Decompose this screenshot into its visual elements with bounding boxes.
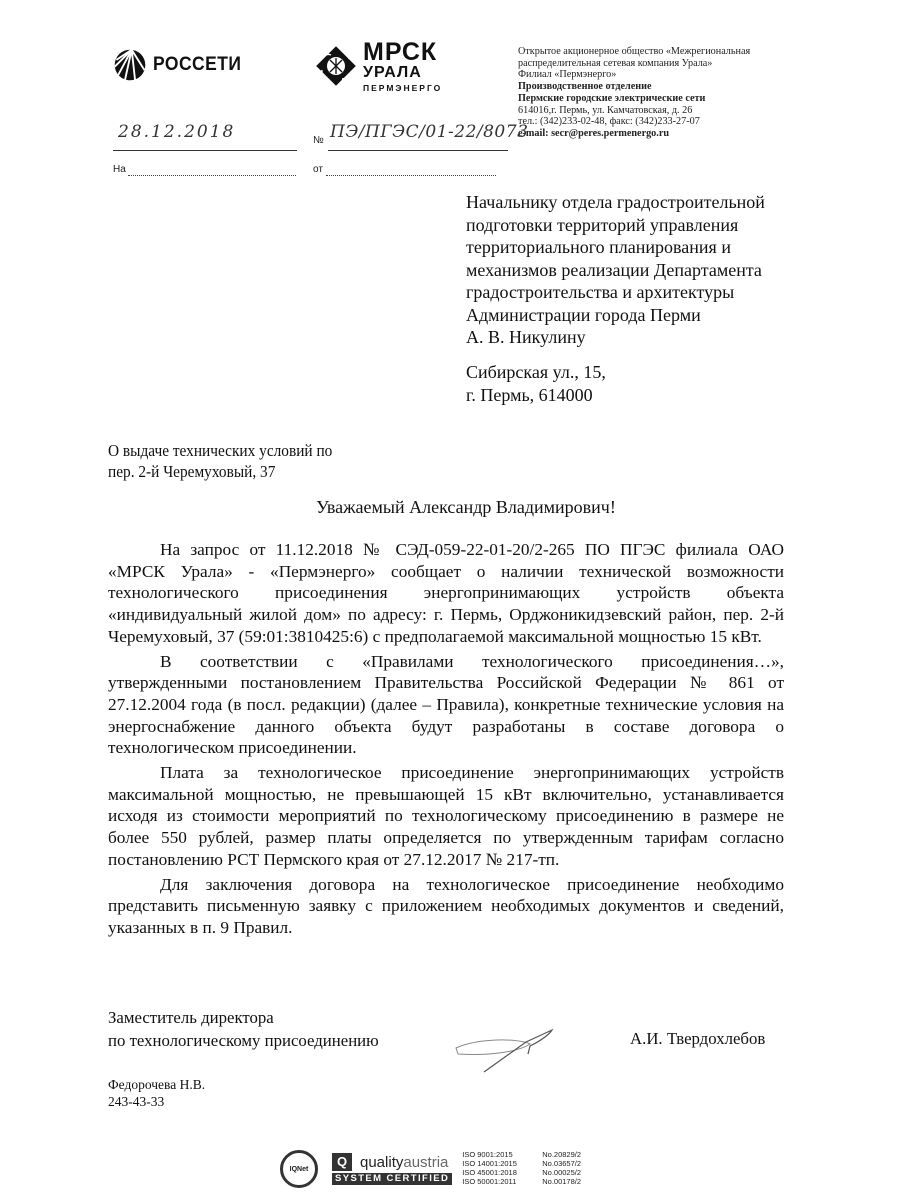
addressee-address: Сибирская ул., 15, г. Пермь, 614000 [466, 361, 606, 406]
ot-label: от [313, 164, 323, 175]
letter-subject: О выдаче технических условий по пер. 2-й… [108, 440, 332, 482]
qa-name-part: quality [360, 1154, 403, 1171]
na-label: На [113, 164, 126, 175]
subject-line: О выдаче технических условий по [108, 440, 332, 461]
body-paragraph: В соответствии с «Правилами технологичес… [108, 651, 784, 760]
mrsk-region: УРАЛА [363, 65, 442, 81]
ot-field [326, 164, 496, 176]
system-certified-badge: SYSTEM CERTIFIED [332, 1173, 452, 1185]
addressee-block: Начальнику отдела градостроительной подг… [466, 191, 765, 349]
letter-date: 28.12.2018 [118, 122, 235, 142]
handwritten-signature-icon [448, 1020, 568, 1080]
letter-number: ПЭ/ПГЭС/01-22/8073 [330, 122, 528, 142]
address-line: г. Пермь, 614000 [466, 384, 606, 407]
org-line: Филиал «Пермэнерго» [518, 69, 818, 81]
org-line: Открытое акционерное общество «Межрегион… [518, 46, 818, 58]
signatory-title-line: Заместитель директора [108, 1006, 379, 1029]
addressee-line: градостроительства и архитектуры [466, 281, 765, 304]
body-paragraph: Плата за технологическое присоединение э… [108, 762, 784, 871]
mrsk-branch: ПЕРМЭНЕРГО [363, 84, 442, 93]
org-line: 614016,г. Пермь, ул. Камчатовская, д. 26 [518, 105, 818, 117]
executor-phone: 243-43-33 [108, 1094, 205, 1111]
na-field [128, 164, 296, 176]
executor-block: Федорочева Н.В. 243-43-33 [108, 1077, 205, 1110]
addressee-line: механизмов реализации Департамента [466, 259, 765, 282]
addressee-line: Начальнику отдела градостроительной [466, 191, 765, 214]
rosseti-globe-icon [113, 48, 147, 82]
number-label: № [313, 135, 324, 146]
letter-body: На запрос от 11.12.2018 № СЭД-059-22-01-… [108, 539, 784, 939]
org-line: распределительная сетевая компания Урала… [518, 58, 818, 70]
iqnet-label: IQNet [290, 1166, 309, 1173]
quality-austria-logo: Q qualityaustria SYSTEM CERTIFIED [332, 1153, 452, 1185]
addressee-name: А. В. Никулину [466, 326, 765, 349]
salutation: Уважаемый Александр Владимирович! [0, 497, 918, 518]
rosseti-wordmark: РОССЕТИ [153, 54, 241, 76]
org-email: e-mail: secr@peres.permenergo.ru [518, 128, 818, 140]
certification-strip: IQNet Q qualityaustria SYSTEM CERTIFIED … [280, 1150, 602, 1188]
body-paragraph: На запрос от 11.12.2018 № СЭД-059-22-01-… [108, 539, 784, 648]
address-line: Сибирская ул., 15, [466, 361, 606, 384]
subject-line: пер. 2-й Черемуховый, 37 [108, 461, 332, 482]
iqnet-seal-icon: IQNet [280, 1150, 318, 1188]
quality-austria-q-icon: Q [332, 1153, 352, 1171]
org-line: Пермские городские электрические сети [518, 93, 818, 105]
mrsk-wordmark: МРСК [363, 40, 442, 65]
iso-standard: ISO 50001:2011 [462, 1178, 542, 1187]
quality-austria-wordmark: qualityaustria [360, 1154, 448, 1171]
signatory-name: А.И. Твердохлебов [630, 1029, 765, 1049]
executor-name: Федорочева Н.В. [108, 1077, 205, 1094]
mrsk-flame-icon [313, 43, 359, 89]
signatory-title: Заместитель директора по технологическом… [108, 1006, 379, 1052]
signatory-title-line: по технологическому присоединению [108, 1029, 379, 1052]
rosseti-logo: РОССЕТИ [113, 48, 249, 82]
body-paragraph: Для заключения договора на технологическ… [108, 874, 784, 939]
org-line: Производственное отделение [518, 81, 818, 93]
addressee-line: Администрации города Перми [466, 304, 765, 327]
iso-standards-list: ISO 9001:2015 No.20829/2 ISO 14001:2015 … [462, 1151, 602, 1186]
org-line: тел.: (342)233-02-48, факс: (342)233-27-… [518, 116, 818, 128]
organization-requisites: Открытое акционерное общество «Межрегион… [518, 46, 818, 140]
mrsk-logo: МРСК УРАЛА ПЕРМЭНЕРГО [313, 40, 442, 93]
addressee-line: территориального планирования и [466, 236, 765, 259]
iso-cert-number: No.00178/2 [542, 1178, 602, 1187]
addressee-line: подготовки территорий управления [466, 214, 765, 237]
qa-name-part: austria [403, 1154, 448, 1171]
